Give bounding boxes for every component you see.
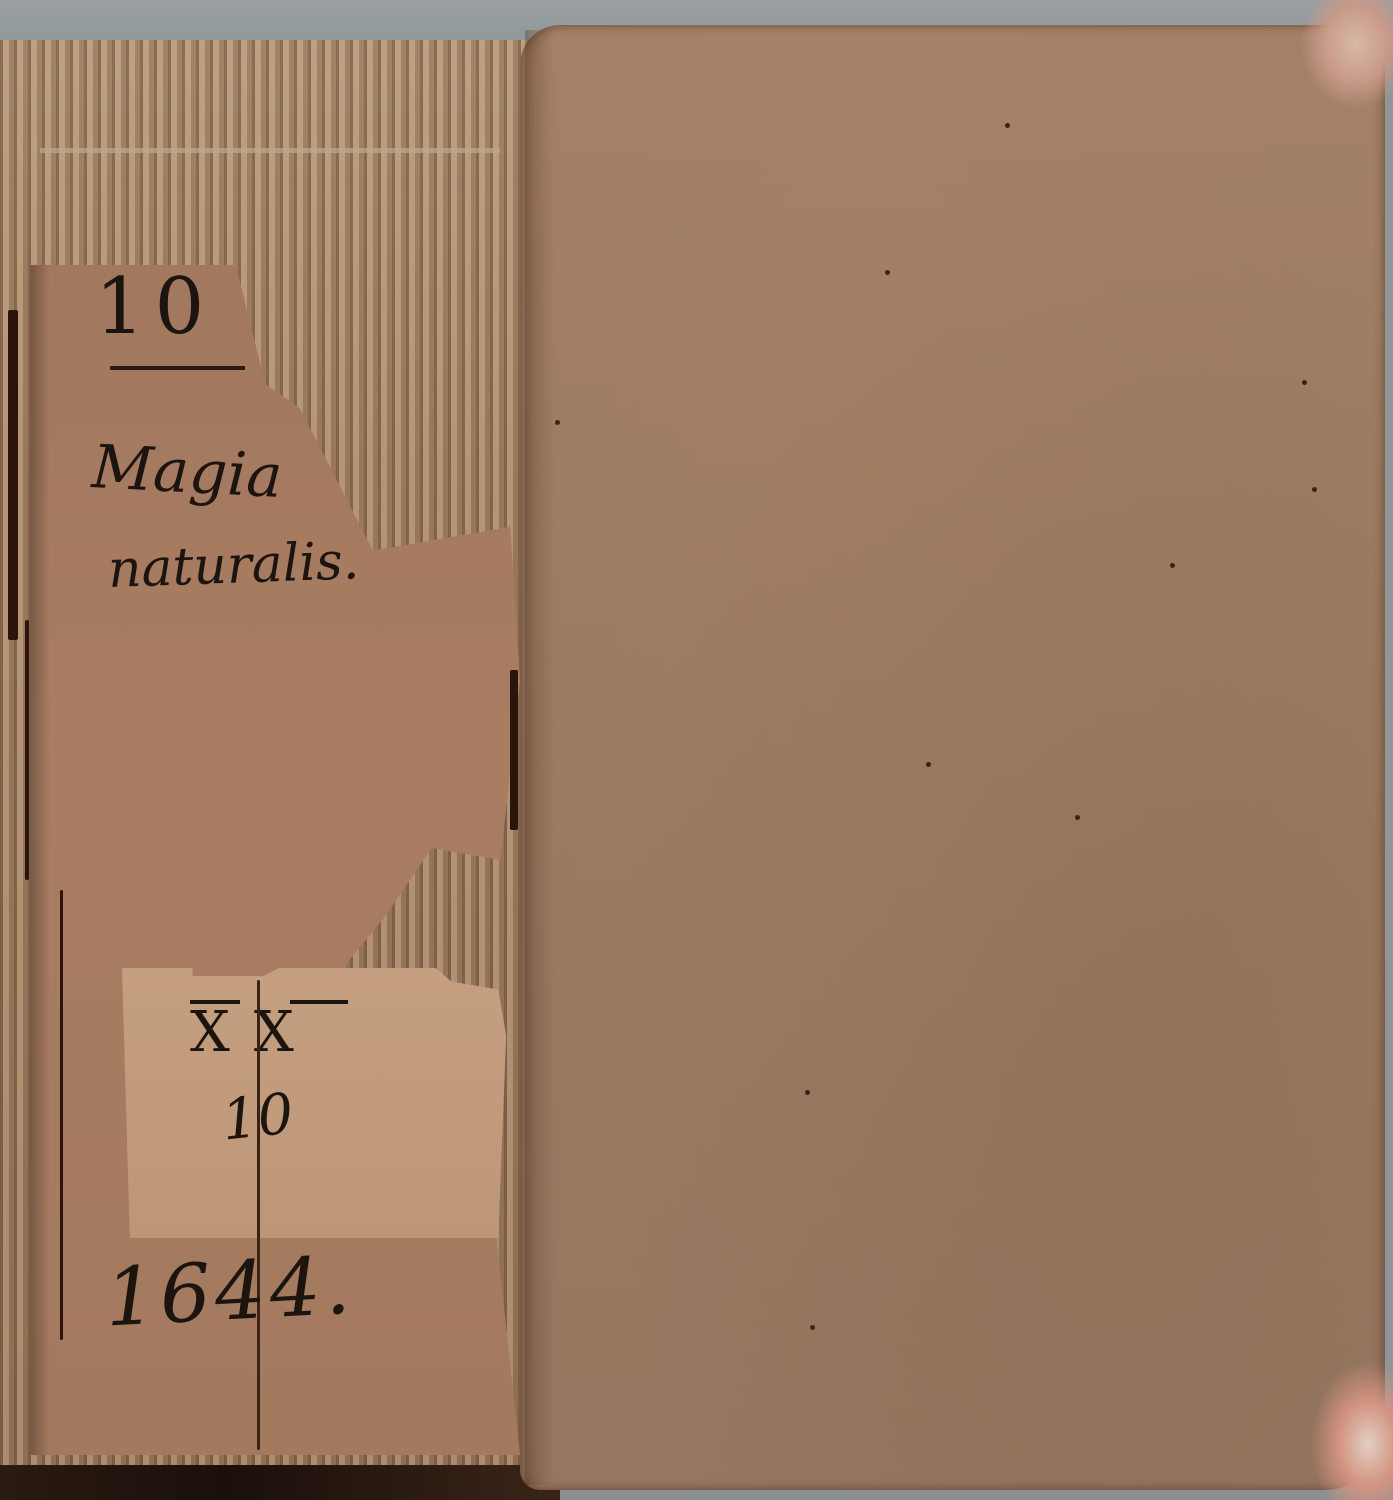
foxing-spot [1312,487,1317,492]
foxing-spot [1170,563,1175,568]
foxing-spot [926,762,931,767]
worn-corner-bottom [1310,1360,1393,1500]
backdrop-shadow [0,1462,560,1500]
foxing-spot [1005,123,1010,128]
shelf-label-roman: XX [190,1000,318,1065]
shelf-number-underline [110,366,245,370]
back-cover [520,25,1385,1490]
spine-shadow [30,265,50,1455]
worn-corner-top [1300,0,1393,110]
title-line-1: Magia [90,432,284,512]
shelf-label [122,968,514,1238]
spine-crack [8,310,18,640]
spine-crack [25,620,29,880]
foxing-spot [810,1325,815,1330]
shelf-number-handwritten: 10 [95,262,214,352]
foxing-spot [1302,380,1307,385]
cover-hinge [525,30,555,1485]
binding-thread [40,148,500,153]
title-line-2: naturalis. [107,531,360,600]
foxing-spot [1075,815,1080,820]
foxing-spot [555,420,560,425]
spine-crack [60,890,63,1340]
spine-crack [510,670,518,830]
foxing-spot [805,1090,810,1095]
foxing-spot [885,270,890,275]
label-tear [257,980,260,1450]
book-photo: 10 Magia naturalis. XX 10 1644. [0,0,1393,1500]
publication-year: 1644. [103,1239,357,1345]
